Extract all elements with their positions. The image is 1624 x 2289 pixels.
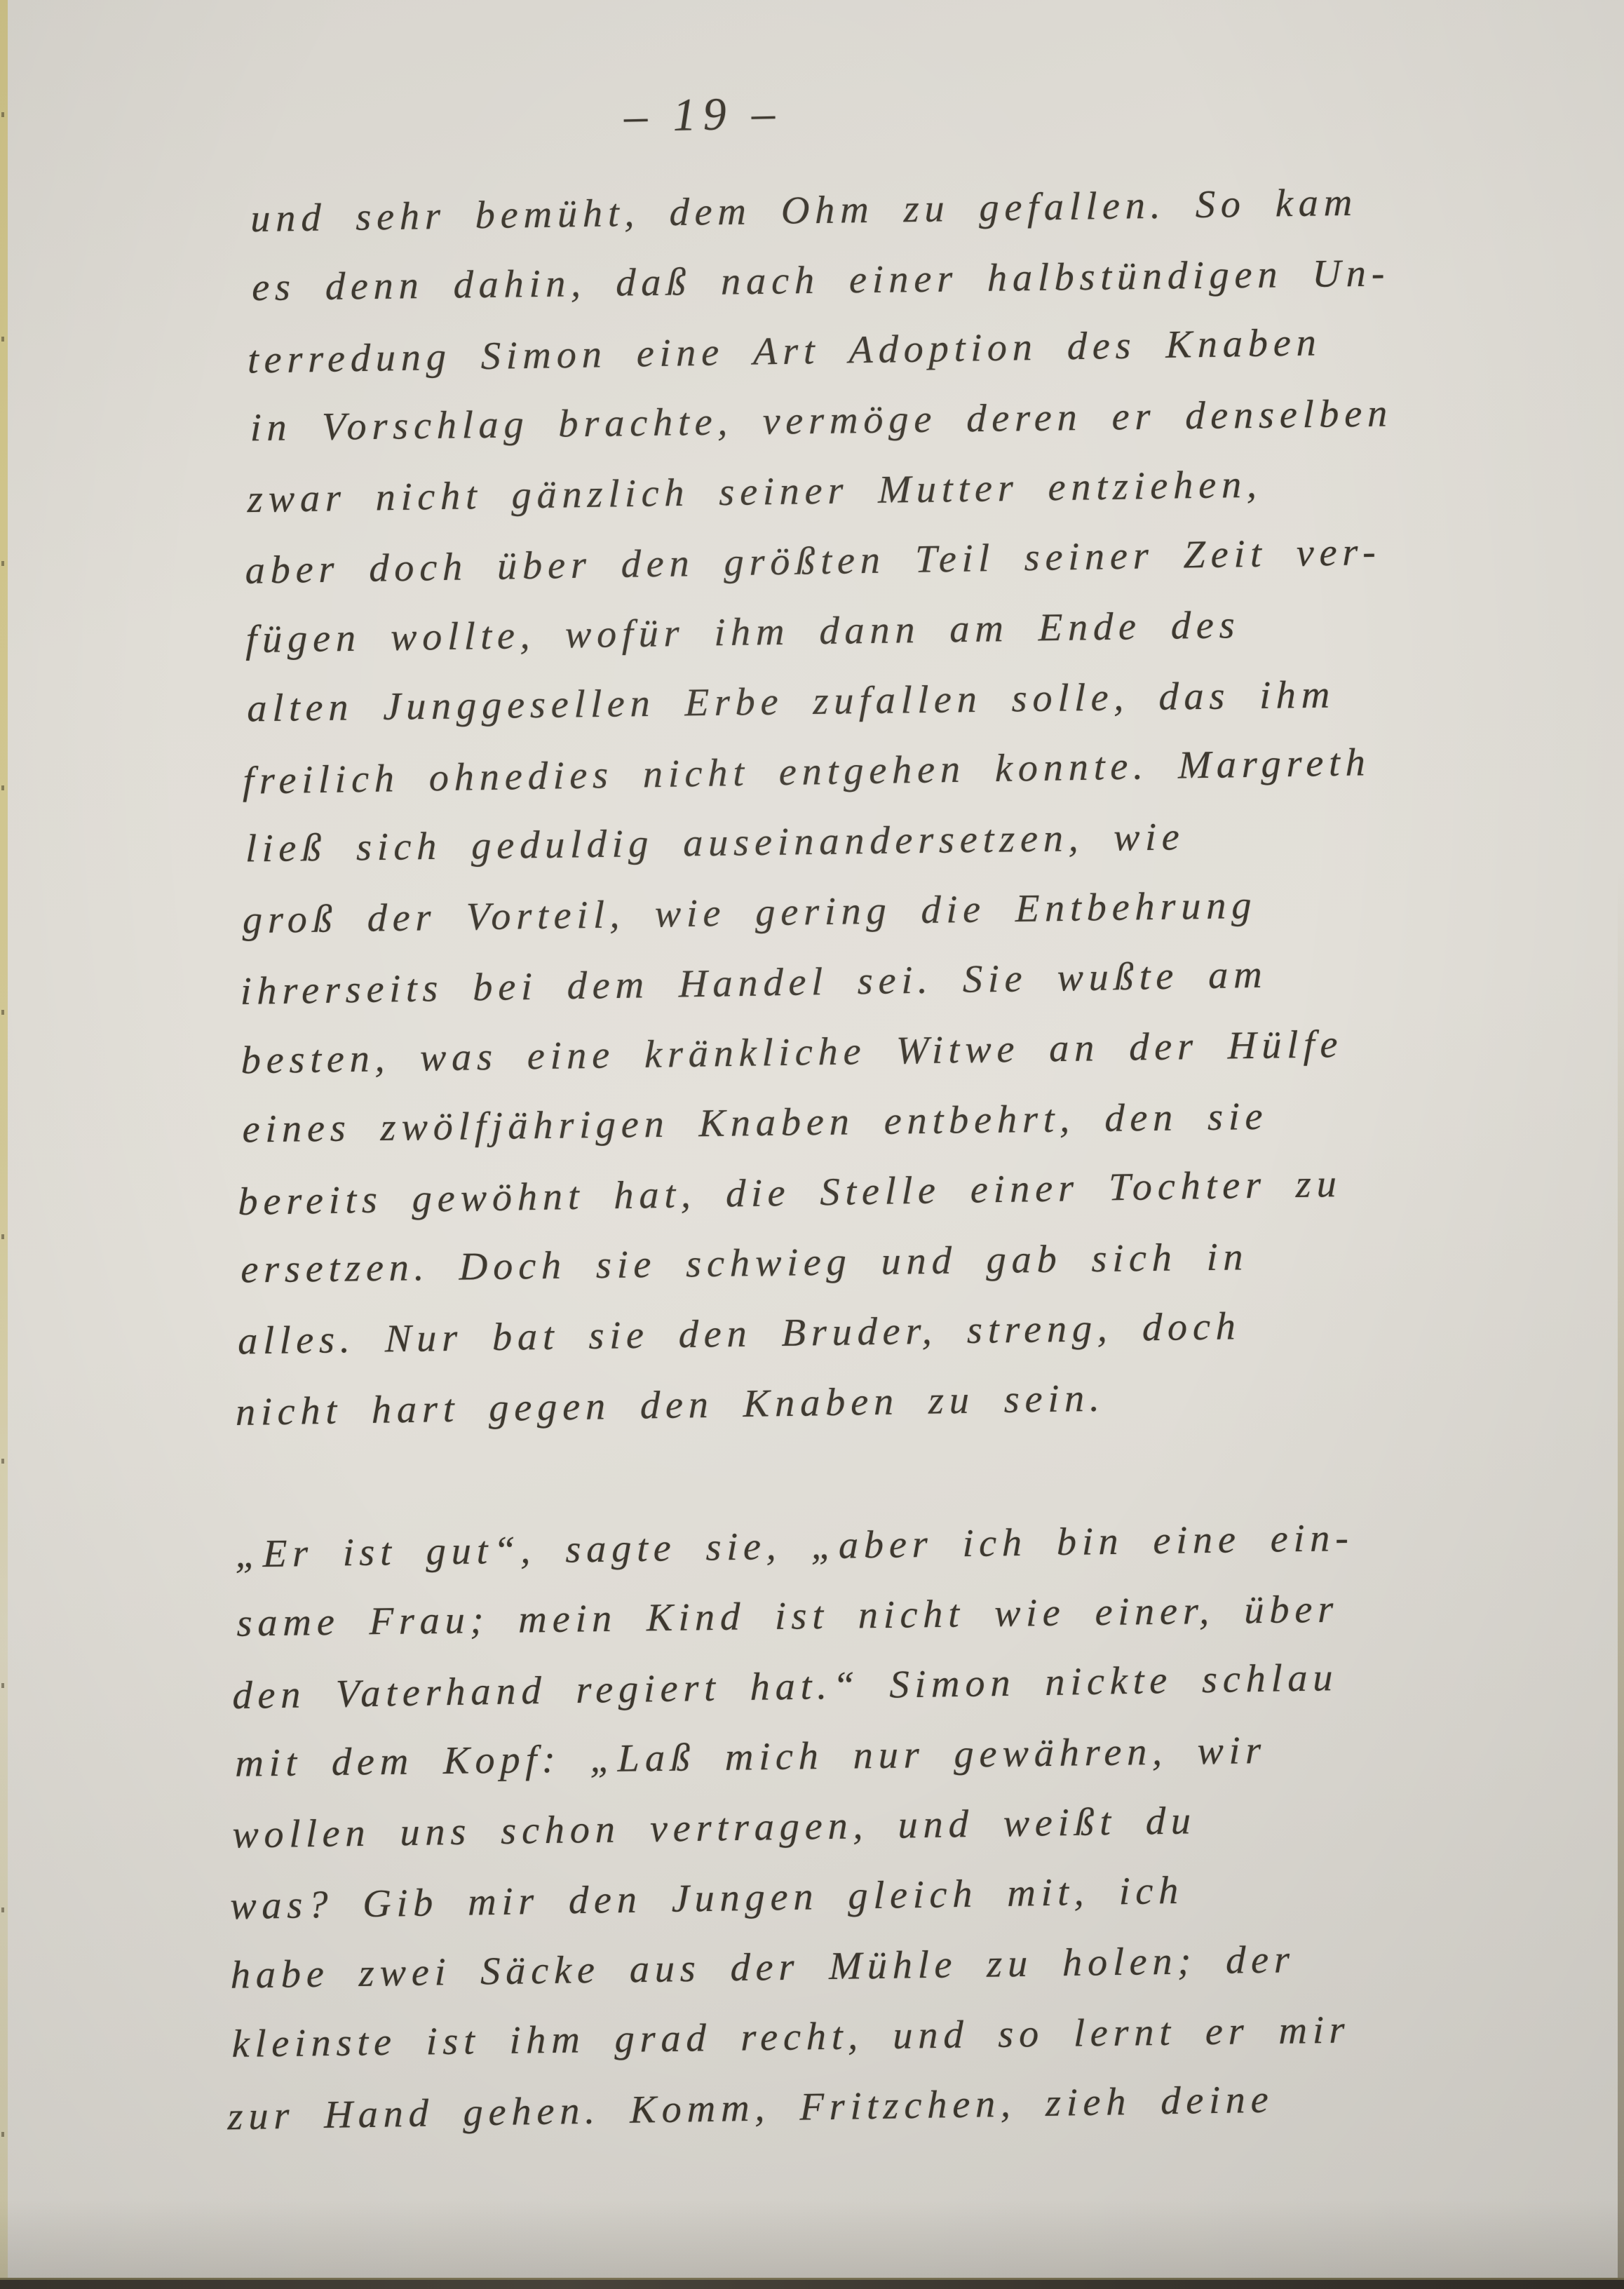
manuscript-text: und sehr bemüht, dem Ohm zu gefallen. So… — [229, 166, 1485, 2151]
desk-edge-left — [0, 0, 8, 2289]
paper-sheet: – 19 – und sehr bemüht, dem Ohm zu gefal… — [0, 0, 1624, 2289]
desk-edge-bottom — [0, 2278, 1624, 2289]
paragraph-2: „Er ist gut“, sagte sie, „aber ich bin e… — [229, 1501, 1470, 2150]
photo-background: – 19 – und sehr bemüht, dem Ohm zu gefal… — [0, 0, 1624, 2289]
page-number: – 19 – — [623, 87, 783, 144]
paper-edge-right — [1618, 870, 1624, 2289]
paragraph-1: und sehr bemüht, dem Ohm zu gefallen. So… — [237, 166, 1485, 1447]
